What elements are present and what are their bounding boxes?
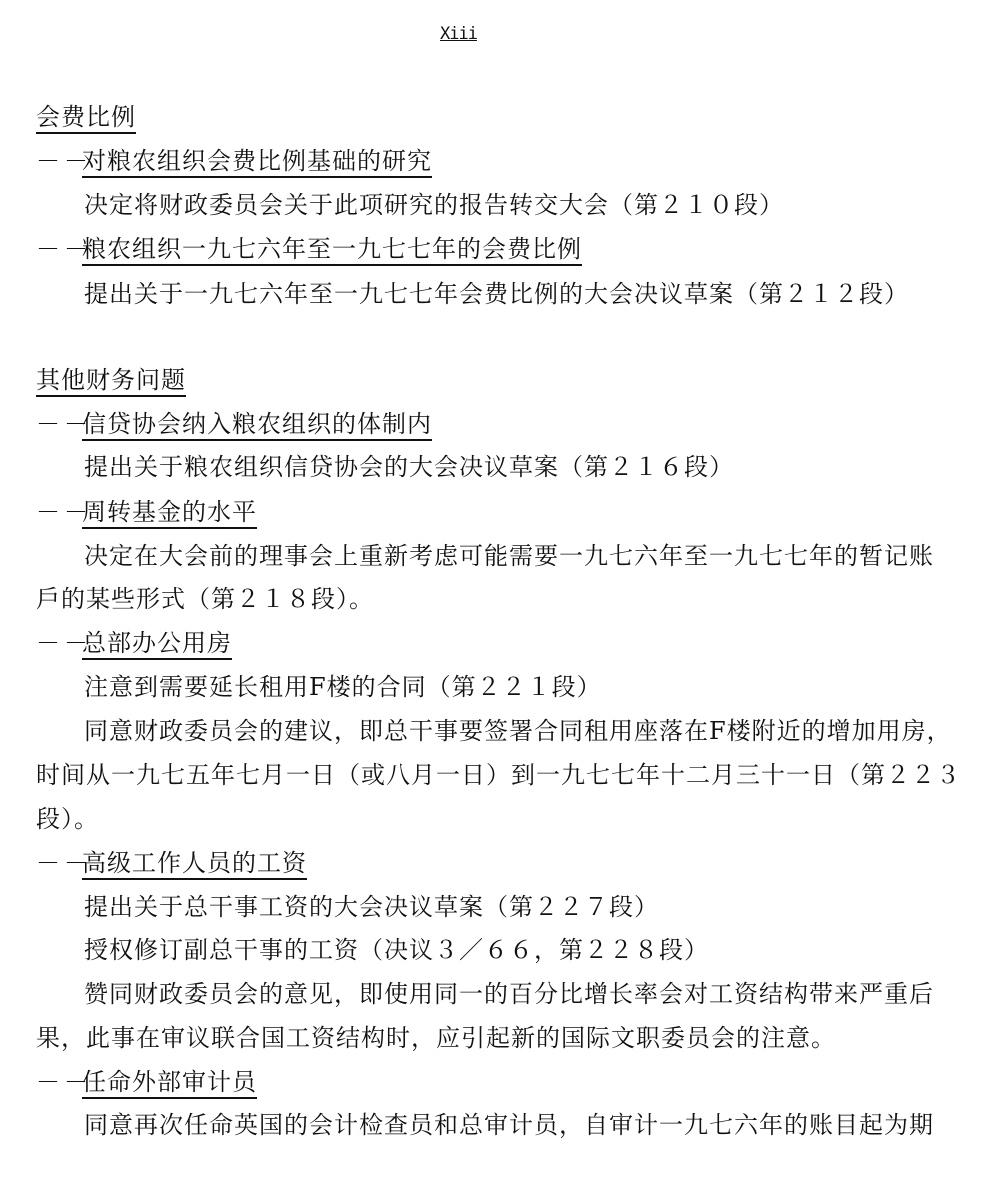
paragraph: 时间从一九七五年七月一日（或八月一日）到一九七七年十二月三十一日（第２２３ xyxy=(36,760,961,790)
paragraph: 授权修订副总干事的工资（决议３／６６，第２２８段） xyxy=(84,935,709,965)
section-heading: 会费比例 xyxy=(36,102,136,132)
paragraph: 段）。 xyxy=(36,804,99,834)
paragraph: 注意到需要延长租用F楼的合同（第２２１段） xyxy=(84,672,602,702)
item-title: －－周转基金的水平 xyxy=(36,497,257,527)
paragraph: 同意再次任命英国的会计检查员和总审计员，自审计一九七六年的账目起为期 xyxy=(84,1110,934,1140)
paragraph: 戶的某些形式（第２１８段）。 xyxy=(36,584,374,614)
item-title: －－高级工作人员的工资 xyxy=(36,848,307,878)
item-title: －－对粮农组织会费比例基础的研究 xyxy=(36,146,432,176)
paragraph: 提出关于粮农组织信贷协会的大会决议草案（第２１６段） xyxy=(84,452,734,482)
paragraph: 果，此事在审议联合国工资结构时，应引起新的国际文职委员会的注意。 xyxy=(36,1023,836,1053)
paragraph: 同意财政委员会的建议，即总干事要签署合同租用座落在F楼附近的增加用房， xyxy=(84,716,952,746)
page-number: Xiii xyxy=(440,24,477,44)
paragraph: 提出关于一九七六年至一九七七年会费比例的大会决议草案（第２１２段） xyxy=(84,279,909,309)
paragraph: 决定将财政委员会关于此项研究的报告转交大会（第２１０段） xyxy=(84,190,784,220)
item-title: －－信贷协会纳入粮农组织的体制内 xyxy=(36,409,432,439)
paragraph: 提出关于总干事工资的大会决议草案（第２２７段） xyxy=(84,892,659,922)
paragraph: 决定在大会前的理事会上重新考虑可能需要一九七六年至一九七七年的暂记账 xyxy=(84,541,934,571)
item-title: －－任命外部审计员 xyxy=(36,1067,257,1097)
section-heading: 其他财务问题 xyxy=(36,365,186,395)
item-title: －－粮农组织一九七六年至一九七七年的会费比例 xyxy=(36,234,582,264)
paragraph: 赞同财政委员会的意见，即使用同一的百分比增长率会对工资结构带来严重后 xyxy=(84,979,934,1009)
item-title: －－总部办公用房 xyxy=(36,628,232,658)
